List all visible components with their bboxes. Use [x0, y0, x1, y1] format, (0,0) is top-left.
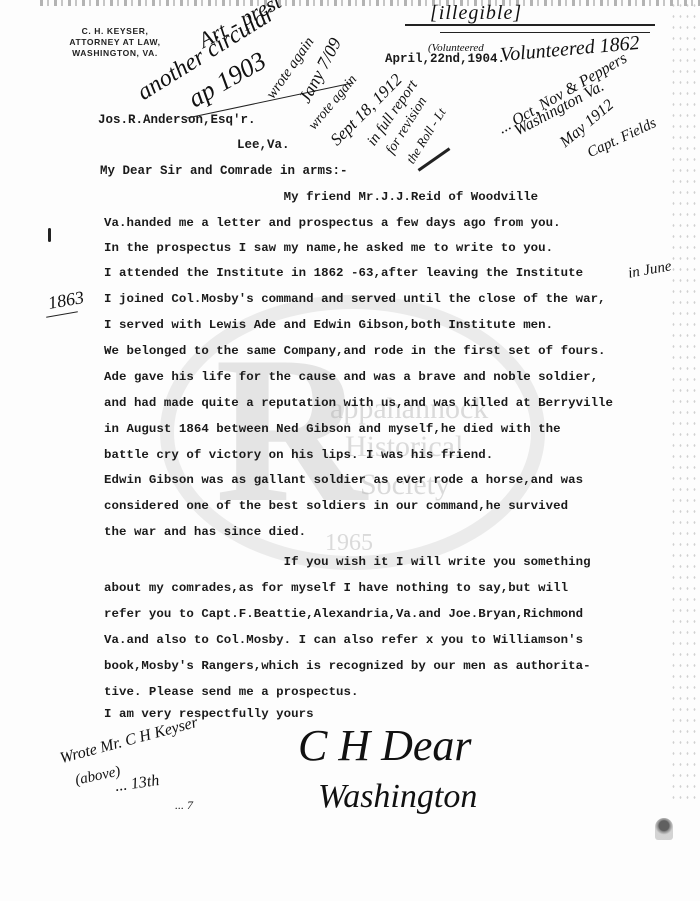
closing-line: I am very respectfully yours [104, 707, 314, 721]
letterhead-name: C. H. KEYSER, [60, 26, 170, 37]
letterhead: C. H. KEYSER, ATTORNEY AT LAW, WASHINGTO… [60, 26, 170, 59]
ink-underline [440, 32, 650, 33]
body-line: I attended the Institute in 1862 -63,aft… [104, 266, 583, 280]
archive-stamp-icon [655, 818, 673, 840]
body-line: battle cry of victory on his lips. I was… [104, 448, 493, 462]
body-line: Va.handed me a letter and prospectus a f… [104, 216, 561, 230]
recipient-place: Lee,Va. [237, 138, 290, 152]
body-line: We belonged to the same Company,and rode… [104, 344, 606, 358]
recipient: Jos.R.Anderson,Esq'r. [98, 113, 256, 127]
body-line: book,Mosby's Rangers,which is recognized… [104, 659, 591, 673]
salutation: My Dear Sir and Comrade in arms:- [100, 164, 348, 178]
handwritten-note: [illegible] [430, 2, 522, 25]
scan-right-edge-noise [670, 0, 700, 800]
margin-note-june: in June [627, 258, 673, 282]
letterhead-title: ATTORNEY AT LAW, [60, 37, 170, 48]
signature-place: Washington [318, 778, 477, 816]
body-line: in August 1864 between Ned Gibson and my… [104, 422, 561, 436]
body-line: Va.and also to Col.Mosby. I can also ref… [104, 633, 583, 647]
body-line: about my comrades,as for myself I have n… [104, 581, 568, 595]
letter-page: R appahannock Historical Society 1965 C.… [0, 0, 700, 901]
margin-note-year: 1863 [46, 287, 85, 314]
body-line: I joined Col.Mosby's command and served … [104, 292, 606, 306]
body-line: refer you to Capt.F.Beattie,Alexandria,V… [104, 607, 583, 621]
body-line: and had made quite a reputation with us,… [104, 396, 613, 410]
body-line: tive. Please send me a prospectus. [104, 685, 359, 699]
body-line: I served with Lewis Ade and Edwin Gibson… [104, 318, 553, 332]
handwritten-note: (Volunteered [428, 42, 484, 54]
letterhead-location: WASHINGTON, VA. [60, 48, 170, 59]
ink-underline [405, 24, 655, 26]
signature-name: C H Dear [298, 720, 472, 771]
body-line: Edwin Gibson was as gallant soldier as e… [104, 473, 583, 487]
letter-date: April,22nd,1904. [385, 52, 505, 66]
handwritten-note: Wrote Mr. C H Keyser [58, 714, 200, 768]
body-line: Ade gave his life for the cause and was … [104, 370, 598, 384]
margin-bracket [48, 228, 51, 242]
body-line: considered one of the best soldiers in o… [104, 499, 568, 513]
handwritten-note: ... 7 [175, 798, 193, 813]
body-line: the war and has since died. [104, 525, 306, 539]
body-line: In the prospectus I saw my name,he asked… [104, 241, 553, 255]
watermark-year: 1965 [325, 530, 373, 557]
scan-edge-noise [40, 0, 700, 6]
body-line: My friend Mr.J.J.Reid of Woodville [104, 190, 538, 204]
body-line: If you wish it I will write you somethin… [104, 555, 591, 569]
